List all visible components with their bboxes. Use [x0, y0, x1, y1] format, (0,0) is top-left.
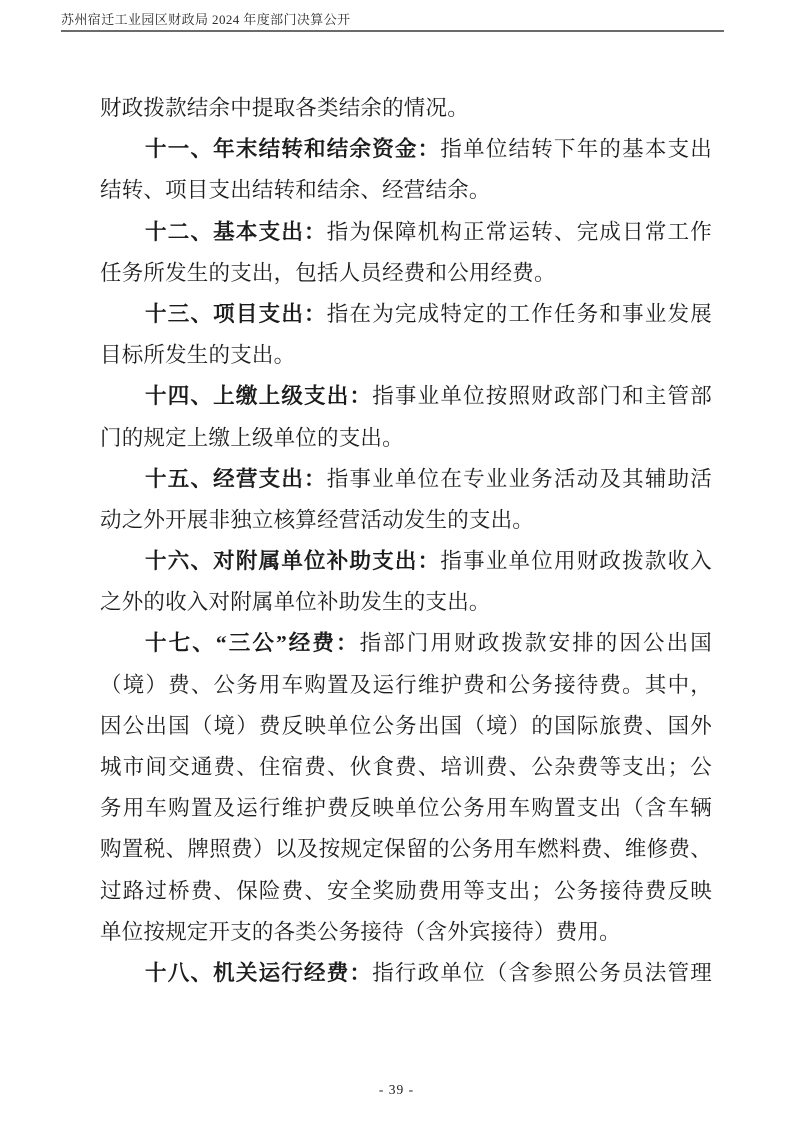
text-line: 十八、机关运行经费：指行政单位（含参照公务员法管理 — [100, 953, 712, 994]
text-line: 动之外开展非独立核算经营活动发生的支出。 — [100, 500, 712, 541]
body-text: 因公出国（境）费反映单位公务出国（境）的国际旅费、国外 — [100, 714, 712, 738]
term-heading: 十一、年末结转和结余资金： — [145, 137, 440, 161]
body-text: 动之外开展非独立核算经营活动发生的支出。 — [100, 508, 534, 532]
text-line: 过路过桥费、保险费、安全奖励费用等支出；公务接待费反映 — [100, 871, 712, 912]
text-line: 十四、上缴上级支出：指事业单位按照财政部门和主管部 — [100, 376, 712, 417]
text-line: 任务所发生的支出，包括人员经费和公用经费。 — [100, 253, 712, 294]
header-rule — [61, 30, 724, 32]
text-line: 之外的收入对附属单位补助发生的支出。 — [100, 582, 712, 623]
text-line: 十三、项目支出：指在为完成特定的工作任务和事业发展 — [100, 294, 712, 335]
term-heading: 十四、上缴上级支出： — [145, 384, 372, 408]
term-heading: 十八、机关运行经费： — [145, 961, 372, 985]
body-text: 务用车购置及运行维护费反映单位公务用车购置支出（含车辆 — [100, 796, 712, 820]
body-text: 指部门用财政拨款安排的因公出国 — [360, 631, 712, 655]
body-text: 城市间交通费、住宿费、伙食费、培训费、公杂费等支出；公 — [100, 755, 712, 779]
text-line: 十六、对附属单位补助支出：指事业单位用财政拨款收入 — [100, 541, 712, 582]
body-text: 结转、项目支出结转和结余、经营结余。 — [100, 178, 491, 202]
body-text: 指单位结转下年的基本支出 — [440, 137, 712, 161]
text-line: 结转、项目支出结转和结余、经营结余。 — [100, 170, 712, 211]
body-text: 购置税、牌照费）以及按规定保留的公务用车燃料费、维修费、 — [100, 837, 712, 861]
body-text: 指在为完成特定的工作任务和事业发展 — [327, 302, 712, 326]
body-text: 指事业单位按照财政部门和主管部 — [372, 384, 712, 408]
header-title: 苏州宿迁工业园区财政局 2024 年度部门决算公开 — [61, 12, 724, 28]
body-text: 指为保障机构正常运转、完成日常工作 — [327, 220, 712, 244]
text-line: 十一、年末结转和结余资金：指单位结转下年的基本支出 — [100, 129, 712, 170]
term-heading: 十二、基本支出： — [145, 220, 327, 244]
text-line: 十二、基本支出：指为保障机构正常运转、完成日常工作 — [100, 212, 712, 253]
body-text: 指事业单位用财政拨款收入 — [440, 549, 712, 573]
term-heading: 十七、“三公”经费： — [145, 631, 360, 655]
document-body: 财政拨款结余中提取各类结余的情况。十一、年末结转和结余资金：指单位结转下年的基本… — [100, 88, 712, 994]
body-text: 目标所发生的支出。 — [100, 343, 295, 367]
body-text: 指行政单位（含参照公务员法管理 — [372, 961, 712, 985]
term-heading: 十五、经营支出： — [145, 467, 327, 491]
text-line: 目标所发生的支出。 — [100, 335, 712, 376]
text-line: 单位按规定开支的各类公务接待（含外宾接待）费用。 — [100, 912, 712, 953]
page-header: 苏州宿迁工业园区财政局 2024 年度部门决算公开 — [61, 12, 724, 32]
body-text: 任务所发生的支出，包括人员经费和公用经费。 — [100, 261, 556, 285]
text-line: 财政拨款结余中提取各类结余的情况。 — [100, 88, 712, 129]
body-text: 财政拨款结余中提取各类结余的情况。 — [100, 96, 469, 120]
text-line: （境）费、公务用车购置及运行维护费和公务接待费。其中， — [100, 665, 712, 706]
text-line: 因公出国（境）费反映单位公务出国（境）的国际旅费、国外 — [100, 706, 712, 747]
body-text: 过路过桥费、保险费、安全奖励费用等支出；公务接待费反映 — [100, 879, 712, 903]
text-line: 门的规定上缴上级单位的支出。 — [100, 418, 712, 459]
term-heading: 十三、项目支出： — [145, 302, 327, 326]
body-text: 单位按规定开支的各类公务接待（含外宾接待）费用。 — [100, 920, 621, 944]
body-text: 之外的收入对附属单位补助发生的支出。 — [100, 590, 491, 614]
body-text: （境）费、公务用车购置及运行维护费和公务接待费。其中， — [100, 673, 712, 697]
body-text: 门的规定上缴上级单位的支出。 — [100, 426, 404, 450]
body-text: 指事业单位在专业业务活动及其辅助活 — [327, 467, 712, 491]
text-line: 十五、经营支出：指事业单位在专业业务活动及其辅助活 — [100, 459, 712, 500]
text-line: 十七、“三公”经费：指部门用财政拨款安排的因公出国 — [100, 623, 712, 664]
term-heading: 十六、对附属单位补助支出： — [145, 549, 440, 573]
document-page: 苏州宿迁工业园区财政局 2024 年度部门决算公开 财政拨款结余中提取各类结余的… — [0, 0, 793, 1122]
text-line: 务用车购置及运行维护费反映单位公务用车购置支出（含车辆 — [100, 788, 712, 829]
page-number: - 39 - — [0, 1082, 793, 1098]
text-line: 购置税、牌照费）以及按规定保留的公务用车燃料费、维修费、 — [100, 829, 712, 870]
text-line: 城市间交通费、住宿费、伙食费、培训费、公杂费等支出；公 — [100, 747, 712, 788]
